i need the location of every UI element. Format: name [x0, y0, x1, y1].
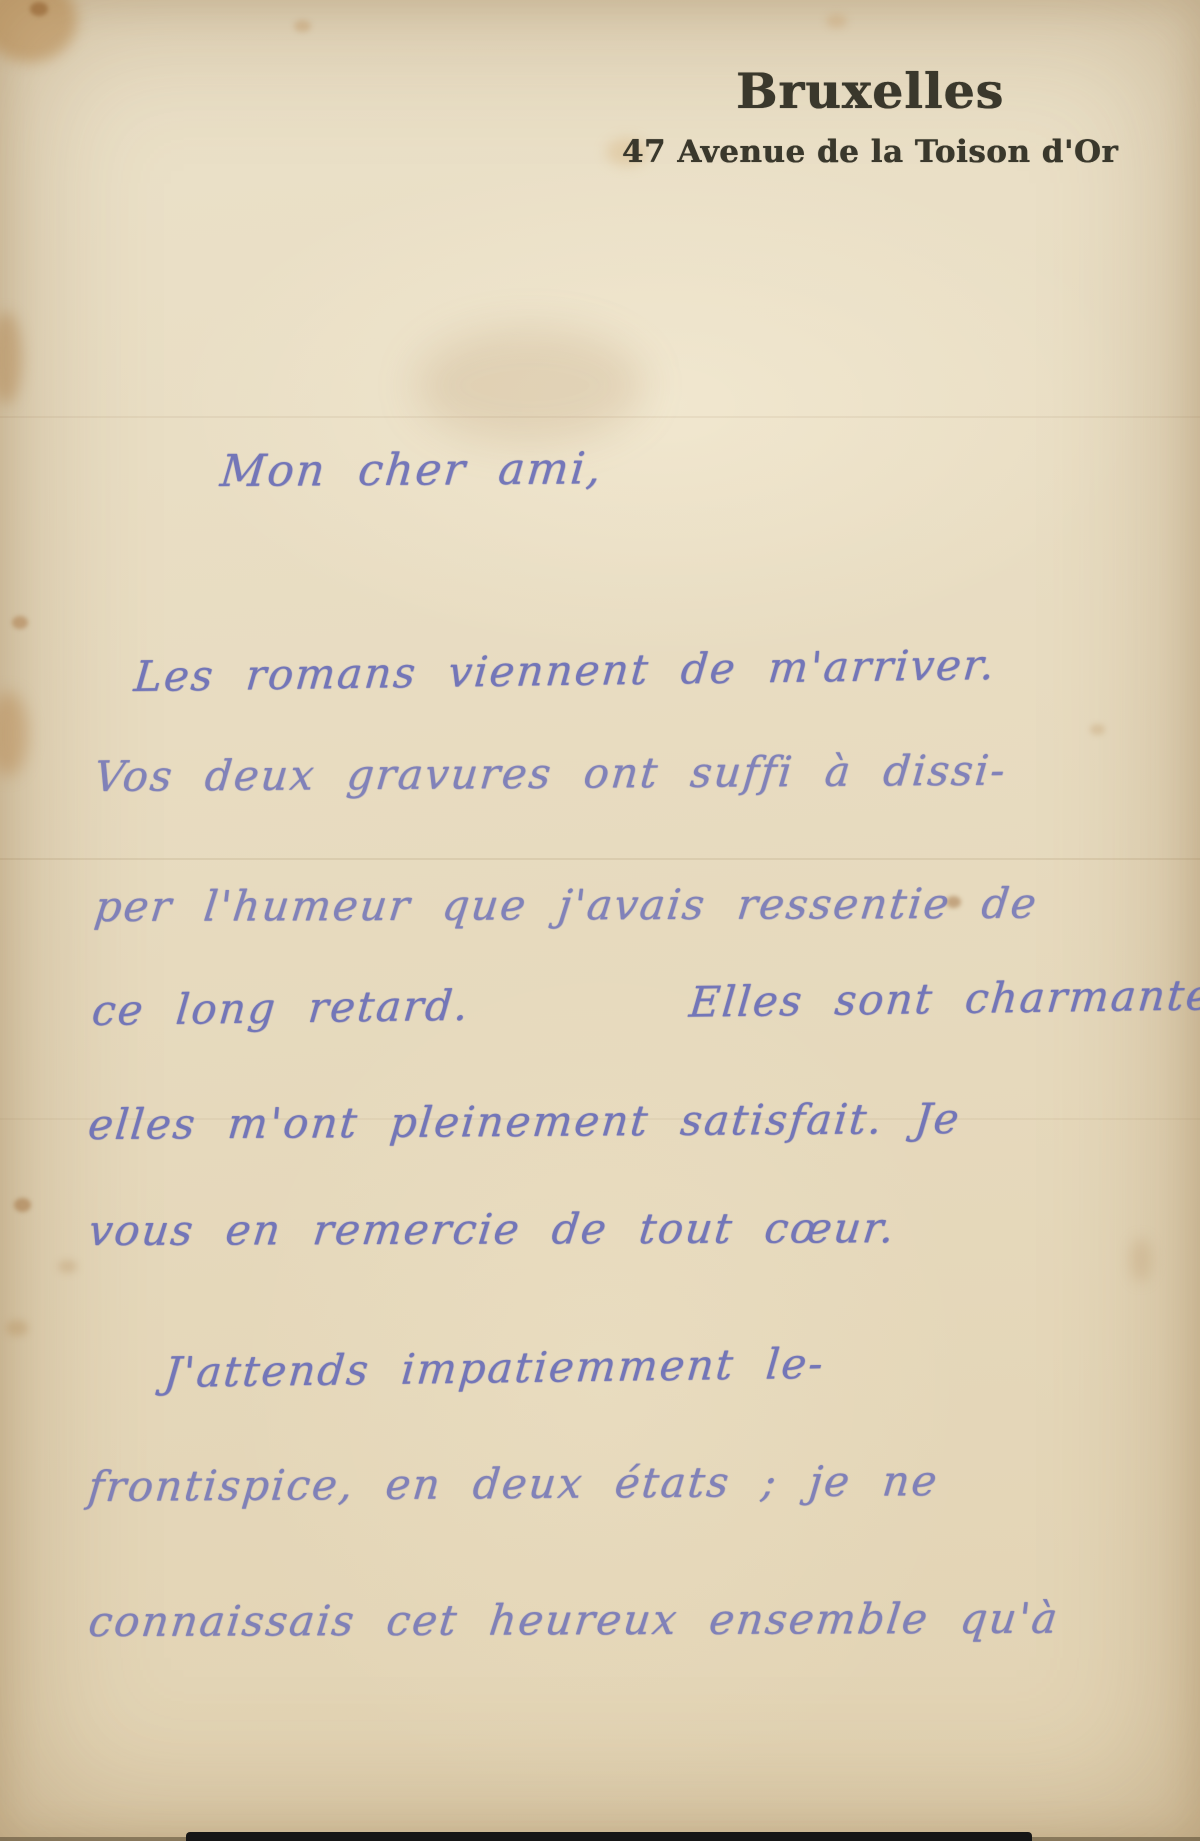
letterhead-address: 47 Avenue de la Toison d'Or — [600, 134, 1140, 170]
foxing-stain — [12, 616, 28, 629]
handwritten-line-1: Les romans viennent de m'arriver. — [132, 640, 998, 701]
foxing-stain — [0, 0, 77, 62]
scan-edge — [186, 1832, 1032, 1841]
handwritten-line-5: elles m'ont pleinement satisfait. Je — [86, 1094, 963, 1149]
foxing-stain — [0, 312, 22, 404]
foxing-stain — [1090, 724, 1105, 735]
handwritten-line-3: per l'humeur que j'avais ressentie de — [92, 879, 1041, 931]
handwritten-line-9: connaissais cet heureux ensemble qu'à — [86, 1594, 1062, 1646]
paper-crease — [0, 858, 1200, 860]
handwritten-line-4: ce long retard. Elles sont charmantes, — [90, 970, 1200, 1035]
salutation-line: Mon cher ami, — [218, 443, 605, 497]
foxing-stain — [58, 1260, 77, 1273]
letterhead: Bruxelles 47 Avenue de la Toison d'Or — [600, 62, 1140, 170]
foxing-stain — [0, 692, 28, 776]
handwritten-line-2: Vos deux gravures ont suffi à dissi- — [92, 746, 1009, 801]
handwritten-line-6: vous en remercie de tout cœur. — [86, 1203, 899, 1255]
paper-smudge — [415, 328, 645, 443]
handwritten-line-8: frontispice, en deux états ; je ne — [86, 1456, 941, 1511]
foxing-stain — [6, 1320, 28, 1336]
foxing-stain — [1130, 1238, 1152, 1282]
letterhead-city: Bruxelles — [600, 62, 1140, 120]
paper-crease — [0, 416, 1200, 418]
foxing-stain — [294, 20, 311, 32]
foxing-stain — [826, 14, 847, 28]
foxing-stain — [14, 1198, 31, 1212]
letter-page: Bruxelles 47 Avenue de la Toison d'Or Mo… — [0, 0, 1200, 1841]
handwritten-line-7: J'attends impatiemment le- — [162, 1339, 827, 1397]
foxing-stain — [30, 2, 48, 16]
